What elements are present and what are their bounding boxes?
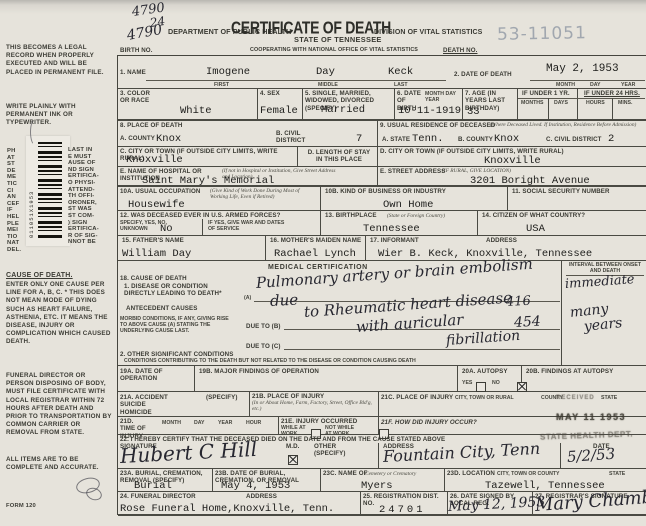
name-label: 1. NAME xyxy=(120,69,146,76)
location-value: Tazewell, Tennessee xyxy=(485,481,605,492)
interval-b2-handwriting: years xyxy=(583,316,623,334)
disease-condition-label: 1. DISEASE OR CONDITION DIRECTLY LEADING… xyxy=(124,283,232,298)
due-to-c-label: DUE TO (C) xyxy=(246,343,281,350)
other-specify-label: OTHER (SPECIFY) xyxy=(314,443,346,458)
armed-forces-value: No xyxy=(160,224,173,235)
street-note: (IF RURAL, GIVE LOCATION) xyxy=(442,168,511,174)
informant-label: 17. INFORMANT xyxy=(370,237,419,244)
handwritten-file-number: 4790 xyxy=(126,23,164,43)
street-value: 3201 Boright Avenue xyxy=(470,176,590,187)
barcode-icon xyxy=(38,142,62,240)
autopsy-no-label: NO xyxy=(492,380,500,386)
due-handwriting: due xyxy=(270,293,299,309)
ssn-label: 11. SOCIAL SECURITY NUMBER xyxy=(512,188,610,195)
death-certificate-scan: THIS BECOMES A LEGAL RECORD WHEN PROPERL… xyxy=(0,0,646,526)
margin-write-plainly-note: WRITE PLAINLY WITH PERMANENT INK OR TYPE… xyxy=(6,103,108,128)
certificate-form: 1. NAME Imogene Day Keck FIRST MIDDLE LA… xyxy=(117,55,646,515)
sub-last: LAST xyxy=(394,82,408,88)
dob-value: 10-11-1919 xyxy=(398,106,461,117)
cell-signature: SIGNATURE M.D. OTHER (SPECIFY) Hubert C … xyxy=(118,443,379,468)
divider xyxy=(548,98,549,121)
cell-armed-forces: 12. WAS DECEASED EVER IN U.S. ARMED FORC… xyxy=(118,211,321,235)
major-findings-label: 19B. MAJOR FINDINGS OF OPERATION xyxy=(199,368,319,375)
civil-district-value: 7 xyxy=(356,134,362,145)
cell-marital: 5. SINGLE, MARRIED, WIDOWED, DIVORCED (S… xyxy=(303,89,395,119)
location-label: 23D. LOCATION xyxy=(447,470,495,477)
city-town-rural-label: CITY, TOWN OR RURAL xyxy=(455,395,514,401)
city-value: Knoxville xyxy=(126,155,183,166)
marital-value: Married xyxy=(321,105,365,116)
cell-funeral-director: 24. FUNERAL DIRECTOR ADDRESS Rose Funera… xyxy=(118,492,361,514)
cell-father: 15. FATHER'S NAME William Day xyxy=(118,236,266,260)
war-dates-label: IF YES, GIVE WAR AND DATES OF SERVICE xyxy=(208,220,288,232)
armed-forces-label: 12. WAS DECEASED EVER IN U.S. ARMED FORC… xyxy=(120,212,281,219)
injury-hour-label: HOUR xyxy=(246,420,261,426)
margin-funeral-note: FUNERAL DIRECTOR OR PERSON DISPOSING OF … xyxy=(6,372,112,437)
certify-cells: SIGNATURE M.D. OTHER (SPECIFY) Hubert C … xyxy=(118,443,646,468)
death-number-stamp: 53-11051 xyxy=(497,23,587,45)
cell-usual-residence: 9. USUAL RESIDENCE OF DECEASED (Where De… xyxy=(378,121,646,146)
cause-a-label: (A) xyxy=(244,295,251,301)
divider xyxy=(612,98,613,121)
occupation-value: Housewife xyxy=(128,200,185,211)
sub-day: DAY xyxy=(590,82,600,88)
margin-legal-note: THIS BECOMES A LEGAL RECORD WHEN PROPERL… xyxy=(6,44,112,77)
informant-address-label: ADDRESS xyxy=(486,237,517,244)
cell-registration-district: 25. REGISTRATION DIST. NO. 24701 xyxy=(361,492,448,514)
county-label: A. COUNTY xyxy=(120,135,155,142)
cell-birthplace: 13. BIRTHPLACE (State or Foreign Country… xyxy=(321,211,478,235)
under-24hrs-label: IF UNDER 24 HRS. xyxy=(584,90,640,97)
registration-district-value: 24701 xyxy=(379,505,426,516)
cell-hospital: E. NAME OF HOSPITAL OR INSTITUTION (If n… xyxy=(118,167,378,185)
mother-label: 16. MOTHER'S MAIDEN NAME xyxy=(270,237,361,244)
cell-autopsy: 20A. AUTOPSY YES NO xyxy=(458,366,522,391)
cell-certify-date: DATE 5/2/53 xyxy=(561,443,646,468)
division-label: DIVISION OF VITAL STATISTICS xyxy=(374,29,482,37)
citizen-label: 14. CITIZEN OF WHAT COUNTRY? xyxy=(482,212,585,219)
cell-street-address: E. STREET ADDRESS (IF RURAL, GIVE LOCATI… xyxy=(378,167,646,185)
row-operation-autopsy: 19A. DATE OF OPERATION 19B. MAJOR FINDIN… xyxy=(118,366,646,392)
margin-cause-note: ENTER ONLY ONE CAUSE PER LINE FOR A, B, … xyxy=(6,281,112,346)
row-cause-of-death: 18. CAUSE OF DEATH 1. DISEASE OR CONDITI… xyxy=(118,274,646,366)
funeral-director-address-label: ADDRESS xyxy=(246,493,277,500)
industry-label: 10B. KIND OF BUSINESS OR INDUSTRY xyxy=(325,188,446,195)
cemetery-note: Cemetery or Crematory xyxy=(365,471,416,477)
sub-middle: MIDDLE xyxy=(318,82,338,88)
injury-year-label: YEAR xyxy=(218,420,232,426)
cell-color-race: 3. COLOR OR RACE White xyxy=(118,89,258,119)
place-of-injury-b-note: (In or About Home, Farm, Factory, Street… xyxy=(252,400,376,413)
place-of-death-label: 8. PLACE OF DEATH xyxy=(120,122,182,129)
cell-cemetery-name: 23C. NAME OF Cemetery or Crematory Myers xyxy=(321,469,445,491)
morbid-label: MORBID CONDITIONS, IF ANY, GIVING RISE T… xyxy=(120,316,236,335)
father-label: 15. FATHER'S NAME xyxy=(122,237,184,244)
color-race-label: 3. COLOR OR RACE xyxy=(120,90,160,105)
birthplace-value: Tennessee xyxy=(363,224,420,235)
burial-type-value: Burial xyxy=(134,481,172,492)
cell-burial-type: 23A. BURIAL, CREMATION, REMOVAL (SPECIFY… xyxy=(118,469,213,491)
industry-value: Own Home xyxy=(383,200,433,211)
cell-under-1yr: IF UNDER 1 YR. MONTHS DAYS xyxy=(518,89,578,119)
days-label: DAYS xyxy=(554,100,568,106)
birthplace-note: (State or Foreign Country) xyxy=(387,213,445,219)
due-to-b-label: DUE TO (B) xyxy=(246,323,281,330)
margin-complete-note: ALL ITEMS ARE TO BE COMPLETE AND ACCURAT… xyxy=(6,456,106,472)
street-label: E. STREET ADDRESS xyxy=(380,168,445,175)
cell-date-of-operation: 19A. DATE OF OPERATION xyxy=(118,366,195,391)
cooperating-label: COOPERATING WITH NATIONAL OFFICE OF VITA… xyxy=(250,47,418,53)
accident-specify-label: (SPECIFY) xyxy=(206,394,238,401)
father-value: William Day xyxy=(122,249,191,260)
cell-city-of-death: C. CITY OR TOWN (IF OUTSIDE CITY LIMITS,… xyxy=(118,147,298,166)
cell-under-24hrs: IF UNDER 24 HRS. HOURS MINS. xyxy=(578,89,646,119)
accident-label: 21A. ACCIDENT SUICIDE HOMICIDE xyxy=(120,394,168,416)
row-place-residence-top: 8. PLACE OF DEATH A. COUNTY Knox B. CIVI… xyxy=(118,121,646,147)
cell-occupation: 10A. USUAL OCCUPATION (Give Kind of Work… xyxy=(118,187,321,210)
cell-age: 7. AGE (IN YEARS LAST BIRTHDAY) 33 xyxy=(463,89,518,119)
date-of-death-label: 2. DATE OF DEATH xyxy=(454,71,512,78)
injury-month-label: MONTH xyxy=(162,420,181,426)
antecedent-label: ANTECEDENT CAUSES xyxy=(126,305,198,312)
name-middle-value: Day xyxy=(316,67,335,78)
received-stamp: RECEIVED xyxy=(556,395,595,401)
cemetery-label: 23C. NAME OF xyxy=(323,470,368,477)
cell-place-of-injury-b: 21B. PLACE OF INJURY (In or About Home, … xyxy=(250,392,379,416)
cell-accident: 21A. ACCIDENT SUICIDE HOMICIDE (SPECIFY) xyxy=(118,392,250,416)
date-of-operation-label: 19A. DATE OF OPERATION xyxy=(120,368,192,383)
divider xyxy=(202,219,203,236)
date-of-death-value: May 2, 1953 xyxy=(546,64,619,75)
obscured-text-right: LAST IN E MUST AUSE OF ND SIGN ERTIFICA-… xyxy=(68,147,116,246)
cell-industry: 10B. KIND OF BUSINESS OR INDUSTRY Own Ho… xyxy=(321,187,508,210)
row-burial: 23A. BURIAL, CREMATION, REMOVAL (SPECIFY… xyxy=(118,469,646,492)
location-state-label: STATE xyxy=(609,471,625,477)
length-of-stay-label: D. LENGTH OF STAY IN THIS PLACE xyxy=(304,149,374,164)
cell-mother: 16. MOTHER'S MAIDEN NAME Rachael Lynch xyxy=(266,236,366,260)
autopsy-findings-label: 20B. FINDINGS AT AUTOPSY xyxy=(526,368,613,375)
autopsy-yes-checkbox[interactable] xyxy=(476,382,486,392)
sub-first: FIRST xyxy=(214,82,229,88)
injury-day-label: DAY xyxy=(194,420,204,426)
cell-major-findings: 19B. MAJOR FINDINGS OF OPERATION xyxy=(195,366,458,391)
certify-date-handwriting: 5/2/53 xyxy=(566,447,615,465)
name-first-value: Imogene xyxy=(206,67,250,78)
res-state-label: A. STATE xyxy=(382,136,410,143)
other-conditions-note: CONDITIONS CONTRIBUTING TO THE DEATH BUT… xyxy=(124,358,424,364)
cell-place-of-death: 8. PLACE OF DEATH A. COUNTY Knox B. CIVI… xyxy=(118,121,378,146)
cell-time-of-injury: 21D. TIME OF INJURY MONTH DAY YEAR HOUR xyxy=(118,417,279,434)
death-no-label: DEATH NO. xyxy=(443,47,477,54)
date-received-stamp: MAY 11 1953 xyxy=(556,412,626,422)
mother-value: Rachael Lynch xyxy=(274,249,356,260)
certify-label: 22. I HEREBY CERTIFY THAT THE DECEASED D… xyxy=(120,436,445,443)
hospital-value: Saint Mary's Memorial xyxy=(142,176,274,187)
color-race-value: White xyxy=(180,106,212,117)
row-city: C. CITY OR TOWN (IF OUTSIDE CITY LIMITS,… xyxy=(118,147,646,167)
months-label: MONTHS xyxy=(521,100,543,106)
cell-citizen: 14. CITIZEN OF WHAT COUNTRY? USA xyxy=(478,211,646,235)
cell-date-of-birth: 6. DATE OF BIRTH MONTH DAY YEAR 10-11-19… xyxy=(395,89,463,119)
res-district-value: 2 xyxy=(608,134,614,145)
mins-label: MINS. xyxy=(618,100,632,106)
res-county-value: Knox xyxy=(494,134,519,145)
name-line xyxy=(146,80,446,81)
certificate-title: CERTIFICATE OF DEATH xyxy=(231,17,391,37)
other-conditions-label: 2. OTHER SIGNIFICANT CONDITIONS xyxy=(120,351,233,358)
autopsy-yes-label: YES xyxy=(462,380,472,386)
cell-ssn: 11. SOCIAL SECURITY NUMBER xyxy=(508,187,646,210)
cause-of-death-label: 18. CAUSE OF DEATH xyxy=(120,275,187,282)
cell-autopsy-findings: 20B. FINDINGS AT AUTOPSY xyxy=(522,366,646,391)
row-demographics: 3. COLOR OR RACE White 4. SEX Female 5. … xyxy=(118,89,646,121)
funeral-director-label: 24. FUNERAL DIRECTOR xyxy=(120,493,196,500)
res-district-label: C. CIVIL DISTRICT xyxy=(546,136,602,143)
age-value: 33 xyxy=(467,107,480,118)
pen-scribble xyxy=(30,118,41,146)
dob-subs: MONTH DAY YEAR xyxy=(425,91,462,103)
md-checkbox[interactable] xyxy=(288,455,298,465)
cell-burial-date: 23B. DATE OF BURIAL, CREMATION, OR REMOV… xyxy=(213,469,321,491)
sex-value: Female xyxy=(260,106,298,117)
md-label: M.D. xyxy=(286,443,299,450)
funeral-director-value: Rose Funeral Home,Knoxville, Tenn. xyxy=(120,504,334,515)
occupation-label: 10A. USUAL OCCUPATION xyxy=(120,188,200,195)
barcode-number: 011051X1953 xyxy=(28,150,35,238)
cell-res-city: D. CITY OR TOWN (IF OUTSIDE CITY LIMITS,… xyxy=(378,147,646,166)
burial-date-value: May 4, 1953 xyxy=(221,481,290,492)
cell-registrar-signature: 27. REGISTRAR'S SIGNATURE Mary Chambers xyxy=(533,492,646,514)
cell-cemetery-location: 23D. LOCATION CITY, TOWN OR COUNTY STATE… xyxy=(445,469,646,491)
birthplace-label: 13. BIRTHPLACE xyxy=(325,212,377,219)
res-county-label: B. COUNTY xyxy=(458,136,493,143)
sub-year: YEAR xyxy=(621,82,635,88)
injury-state-label: STATE xyxy=(601,395,617,401)
cell-physician-address: ADDRESS Fountain City, Tenn xyxy=(379,443,561,468)
row-occupation: 10A. USUAL OCCUPATION (Give Kind of Work… xyxy=(118,187,646,211)
citizen-value: USA xyxy=(526,224,545,235)
row-hospital-street: E. NAME OF HOSPITAL OR INSTITUTION (If n… xyxy=(118,167,646,187)
residence-label: 9. USUAL RESIDENCE OF DECEASED xyxy=(380,122,495,129)
hours-label: HOURS xyxy=(586,100,605,106)
cell-sex: 4. SEX Female xyxy=(258,89,303,119)
occupation-note: (Give Kind of Work Done During Most of W… xyxy=(210,188,318,201)
margin-cause-heading: CAUSE OF DEATH. xyxy=(6,271,73,280)
under-1yr-label: IF UNDER 1 YR. xyxy=(522,90,570,97)
row-armed-forces: 12. WAS DECEASED EVER IN U.S. ARMED FORC… xyxy=(118,211,646,236)
autopsy-label: 20A. AUTOPSY xyxy=(462,368,508,375)
sub-month: MONTH xyxy=(556,82,575,88)
civil-district-label: B. CIVIL DISTRICT xyxy=(276,130,316,145)
sex-label: 4. SEX xyxy=(260,90,280,97)
how-injury-label: 21F. HOW DID INJURY OCCUR? xyxy=(381,419,477,426)
row-name: 1. NAME Imogene Day Keck FIRST MIDDLE LA… xyxy=(118,56,646,89)
cell-date-signed: 26. DATE SIGNED BY LOCAL REG. May 12, 19… xyxy=(448,492,533,514)
place-of-injury-c-label: 21C. PLACE OF INJURY xyxy=(381,394,453,401)
date-signed-handwriting: May 12, 1953 xyxy=(448,495,546,514)
margin-form-number: FORM 120 xyxy=(6,503,36,511)
cause-c-line xyxy=(284,349,560,350)
state-label: STATE OF TENNESSEE xyxy=(294,36,382,45)
res-city-value: Knoxville xyxy=(484,156,541,167)
birth-no-label: BIRTH NO. xyxy=(120,47,153,54)
row-parents: 15. FATHER'S NAME William Day 16. MOTHER… xyxy=(118,236,646,261)
date-line xyxy=(530,80,645,81)
cemetery-value: Myers xyxy=(361,481,393,492)
res-state-value: Tenn. xyxy=(412,134,444,145)
location-city-label: CITY, TOWN OR COUNTY xyxy=(497,471,559,477)
residence-note: (Where Deceased Lived. If Institution, R… xyxy=(490,122,640,128)
name-last-value: Keck xyxy=(388,67,413,78)
county-value: Knox xyxy=(156,134,181,145)
row-registrar: 24. FUNERAL DIRECTOR ADDRESS Rose Funera… xyxy=(118,492,646,516)
pen-scribble xyxy=(84,486,103,503)
cell-injury-occurred: 21E. INJURY OCCURRED WHILE AT WORK NOT W… xyxy=(279,417,379,434)
cell-length-of-stay: D. LENGTH OF STAY IN THIS PLACE xyxy=(298,147,378,166)
